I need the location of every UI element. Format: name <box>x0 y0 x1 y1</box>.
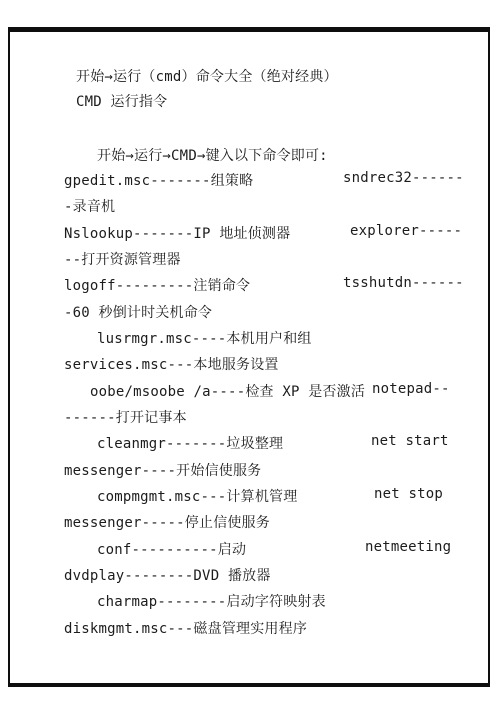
command-entry: notepad-- <box>372 381 450 397</box>
command-entry: conf----------启动 <box>97 539 246 559</box>
command-entry: tsshutdn------ <box>343 275 464 291</box>
command-entry: charmap--------启动字符映射表 <box>97 591 326 611</box>
command-entry: cleanmgr-------垃圾整理 <box>97 433 283 453</box>
command-entry: messenger----开始信使服务 <box>64 460 261 480</box>
text-line: lusrmgr.msc----本机用户和组 <box>0 328 500 347</box>
text-line: logoff---------注销命令 tsshutdn------ <box>0 275 500 294</box>
text-line: compmgmt.msc---计算机管理 net stop <box>0 486 500 505</box>
command-entry: compmgmt.msc---计算机管理 <box>97 486 297 506</box>
command-entry: -60 秒倒计时关机命令 <box>64 302 212 322</box>
intro-text: 开始→运行→CMD→键入以下命令即可: <box>97 145 328 165</box>
command-entry: lusrmgr.msc----本机用户和组 <box>97 328 312 348</box>
text-line: --打开资源管理器 <box>0 249 500 268</box>
command-entry: messenger-----停止信使服务 <box>64 512 270 532</box>
doc-subtitle: CMD 运行指令 <box>76 91 167 111</box>
command-entry: explorer----- <box>350 223 462 239</box>
doc-subtitle-line: CMD 运行指令 <box>0 91 500 110</box>
doc-title-line: 开始→运行（cmd）命令大全（绝对经典） <box>0 66 500 85</box>
command-entry: logoff---------注销命令 <box>64 275 250 295</box>
text-line: ------打开记事本 <box>0 407 500 426</box>
text-line: Nslookup-------IP 地址侦测器 explorer----- <box>0 223 500 242</box>
text-line: -录音机 <box>0 196 500 215</box>
command-entry: -录音机 <box>64 196 115 216</box>
text-line: oobe/msoobe /a----检查 XP 是否激活 notepad-- <box>0 381 500 400</box>
command-entry: ------打开记事本 <box>64 407 187 427</box>
text-line: dvdplay--------DVD 播放器 <box>0 565 500 584</box>
text-line: conf----------启动 netmeeting <box>0 539 500 558</box>
text-line: diskmgmt.msc---磁盘管理实用程序 <box>0 618 500 637</box>
text-line: charmap--------启动字符映射表 <box>0 591 500 610</box>
command-entry: dvdplay--------DVD 播放器 <box>64 565 271 585</box>
text-line: cleanmgr-------垃圾整理 net start <box>0 433 500 452</box>
command-entry: netmeeting <box>365 539 451 555</box>
command-entry: sndrec32------ <box>343 170 464 186</box>
command-entry: Nslookup-------IP 地址侦测器 <box>64 223 290 243</box>
text-line: messenger----开始信使服务 <box>0 460 500 479</box>
doc-title: 开始→运行（cmd）命令大全（绝对经典） <box>76 66 338 86</box>
document-page: 开始→运行（cmd）命令大全（绝对经典） CMD 运行指令 开始→运行→CMD→… <box>0 0 500 708</box>
command-entry: net stop <box>374 486 443 502</box>
command-entry: oobe/msoobe /a----检查 XP 是否激活 <box>90 381 365 401</box>
command-entry: --打开资源管理器 <box>64 249 181 269</box>
command-entry: diskmgmt.msc---磁盘管理实用程序 <box>64 618 307 638</box>
intro-line: 开始→运行→CMD→键入以下命令即可: <box>0 145 500 164</box>
text-line: -60 秒倒计时关机命令 <box>0 302 500 321</box>
command-entry: gpedit.msc-------组策略 <box>64 170 253 190</box>
text-line: messenger-----停止信使服务 <box>0 512 500 531</box>
command-entry: services.msc---本地服务设置 <box>64 354 279 374</box>
text-line: gpedit.msc-------组策略 sndrec32------ <box>0 170 500 189</box>
command-entry: net start <box>371 433 449 449</box>
text-line: services.msc---本地服务设置 <box>0 354 500 373</box>
